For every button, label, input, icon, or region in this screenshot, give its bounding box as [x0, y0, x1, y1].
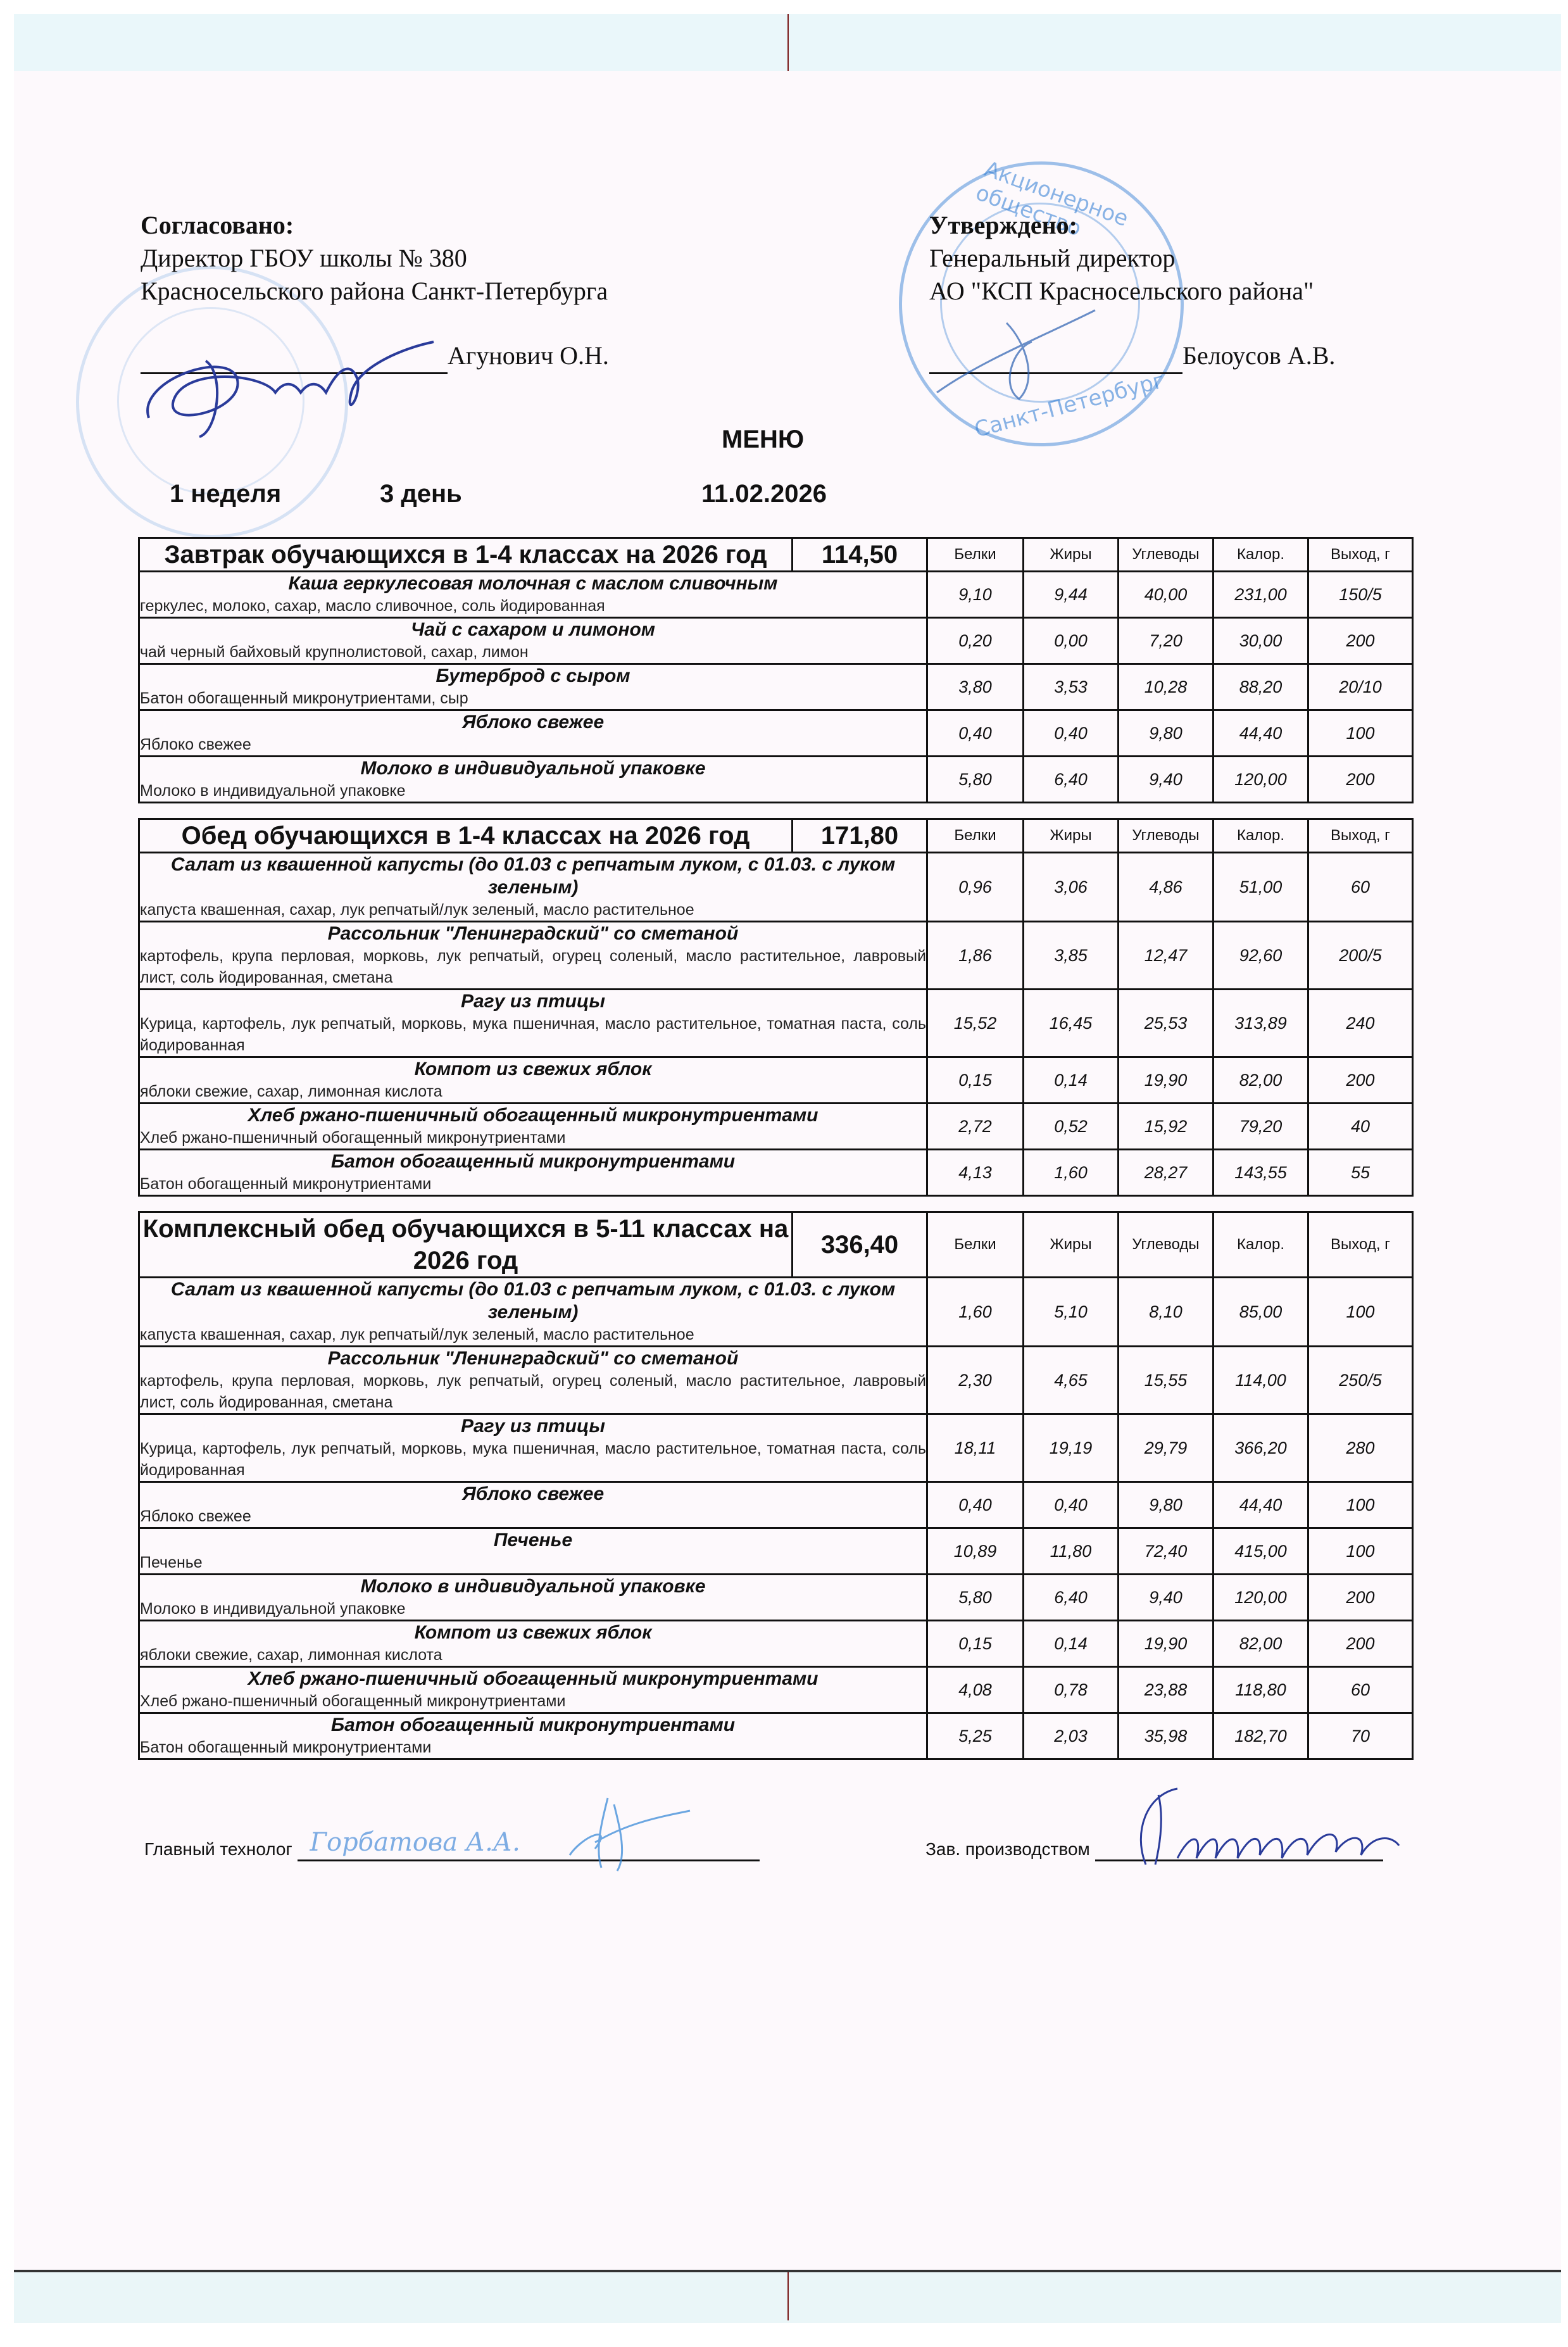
nutrition-fats: 16,45 [1024, 990, 1119, 1057]
nutrition-carbs: 15,92 [1119, 1104, 1214, 1150]
nutrition-proteins: 4,13 [927, 1150, 1024, 1196]
signature-chief-technologist [557, 1785, 696, 1874]
nutrition-kcal: 231,00 [1214, 572, 1308, 618]
nutrition-carbs: 9,80 [1119, 1482, 1214, 1528]
column-header: Углеводы [1119, 1212, 1214, 1278]
nutrition-kcal: 79,20 [1214, 1104, 1308, 1150]
nutrition-fats: 0,14 [1024, 1057, 1119, 1104]
column-header: Калор. [1214, 1212, 1308, 1278]
nutrition-kcal: 85,00 [1214, 1278, 1308, 1347]
nutrition-fats: 0,40 [1024, 710, 1119, 757]
dish-cell: Рагу из птицыКурица, картофель, лук репч… [139, 990, 927, 1057]
nutrition-proteins: 0,40 [927, 710, 1024, 757]
dish-name: Салат из квашенной капусты (до 01.03 с р… [140, 853, 926, 899]
dish-name: Каша геркулесовая молочная с маслом слив… [140, 572, 926, 595]
nutrition-kcal: 88,20 [1214, 664, 1308, 710]
dish-cell: Молоко в индивидуальной упаковкеМолоко в… [139, 757, 927, 803]
dish-ingredients: яблоки свежие, сахар, лимонная кислота [140, 1644, 926, 1666]
menu-title: МЕНЮ [722, 425, 804, 454]
dish-cell: Салат из квашенной капусты (до 01.03 с р… [139, 853, 927, 922]
approval-approved-heading: Утверждено: [929, 209, 1335, 242]
nutrition-kcal: 366,20 [1214, 1414, 1308, 1482]
nutrition-carbs: 8,10 [1119, 1278, 1214, 1347]
dish-row: Салат из квашенной капусты (до 01.03 с р… [139, 1278, 1413, 1347]
column-header: Жиры [1024, 538, 1119, 572]
column-header: Выход, г [1308, 538, 1413, 572]
nutrition-fats: 3,53 [1024, 664, 1119, 710]
dish-cell: Батон обогащенный микронутриентамиБатон … [139, 1713, 927, 1759]
nutrition-carbs: 9,40 [1119, 1575, 1214, 1621]
dish-name: Чай с сахаром и лимоном [140, 619, 926, 641]
nutrition-fats: 6,40 [1024, 757, 1119, 803]
nutrition-yield: 100 [1308, 1528, 1413, 1575]
nutrition-proteins: 4,08 [927, 1667, 1024, 1713]
nutrition-fats: 9,44 [1024, 572, 1119, 618]
nutrition-kcal: 44,40 [1214, 710, 1308, 757]
section-price: 114,50 [793, 538, 927, 572]
nutrition-yield: 100 [1308, 1482, 1413, 1528]
nutrition-yield: 40 [1308, 1104, 1413, 1150]
nutrition-kcal: 118,80 [1214, 1667, 1308, 1713]
dish-row: Компот из свежих яблокяблоки свежие, сах… [139, 1621, 1413, 1667]
menu-day: 3 день [380, 480, 462, 508]
dish-row: Батон обогащенный микронутриентамиБатон … [139, 1713, 1413, 1759]
dish-name: Молоко в индивидуальной упаковке [140, 1575, 926, 1598]
dish-ingredients: картофель, крупа перловая, морковь, лук … [140, 945, 926, 988]
nutrition-yield: 150/5 [1308, 572, 1413, 618]
nutrition-carbs: 72,40 [1119, 1528, 1214, 1575]
approval-agreed-signatory: Агунович О.Н. [448, 341, 609, 370]
column-header: Углеводы [1119, 538, 1214, 572]
approval-agreed-position: Директор ГБОУ школы № 380 [141, 242, 609, 275]
dish-cell: Чай с сахаром и лимономчай черный байхов… [139, 618, 927, 664]
menu-section-table: Комплексный обед обучающихся в 5-11 клас… [138, 1211, 1414, 1760]
signature-production-manager [1120, 1782, 1424, 1871]
dish-cell: Рассольник "Ленинградский" со сметанойка… [139, 1347, 927, 1414]
nutrition-fats: 5,10 [1024, 1278, 1119, 1347]
dish-name: Салат из квашенной капусты (до 01.03 с р… [140, 1278, 926, 1324]
dish-ingredients: Хлеб ржано-пшеничный обогащенный микрону… [140, 1690, 926, 1712]
signature-director-school [136, 323, 465, 450]
nutrition-proteins: 2,30 [927, 1347, 1024, 1414]
nutrition-proteins: 5,25 [927, 1713, 1024, 1759]
column-header: Белки [927, 819, 1024, 853]
nutrition-fats: 6,40 [1024, 1575, 1119, 1621]
signature-general-director [931, 298, 1120, 405]
dish-row: Компот из свежих яблокяблоки свежие, сах… [139, 1057, 1413, 1104]
nutrition-fats: 19,19 [1024, 1414, 1119, 1482]
nutrition-carbs: 12,47 [1119, 922, 1214, 990]
nutrition-kcal: 415,00 [1214, 1528, 1308, 1575]
dish-cell: Каша геркулесовая молочная с маслом слив… [139, 572, 927, 618]
nutrition-carbs: 35,98 [1119, 1713, 1214, 1759]
nutrition-carbs: 40,00 [1119, 572, 1214, 618]
nutrition-proteins: 2,72 [927, 1104, 1024, 1150]
dish-cell: Яблоко свежееЯблоко свежее [139, 710, 927, 757]
nutrition-kcal: 182,70 [1214, 1713, 1308, 1759]
nutrition-kcal: 114,00 [1214, 1347, 1308, 1414]
dish-row: Рассольник "Ленинградский" со сметанойка… [139, 922, 1413, 990]
dish-cell: Компот из свежих яблокяблоки свежие, сах… [139, 1621, 927, 1667]
dish-row: Рассольник "Ленинградский" со сметанойка… [139, 1347, 1413, 1414]
dish-cell: Хлеб ржано-пшеничный обогащенный микрону… [139, 1104, 927, 1150]
dish-cell: Рагу из птицыКурица, картофель, лук репч… [139, 1414, 927, 1482]
nutrition-fats: 0,00 [1024, 618, 1119, 664]
dish-ingredients: Печенье [140, 1552, 926, 1573]
column-header: Жиры [1024, 1212, 1119, 1278]
nutrition-yield: 20/10 [1308, 664, 1413, 710]
dish-row: Хлеб ржано-пшеничный обогащенный микрону… [139, 1104, 1413, 1150]
nutrition-yield: 200/5 [1308, 922, 1413, 990]
nutrition-yield: 200 [1308, 757, 1413, 803]
dish-name: Рассольник "Ленинградский" со сметаной [140, 922, 926, 945]
dish-ingredients: Батон обогащенный микронутриентами, сыр [140, 688, 926, 709]
dish-ingredients: Батон обогащенный микронутриентами [140, 1173, 926, 1195]
nutrition-yield: 250/5 [1308, 1347, 1413, 1414]
nutrition-fats: 4,65 [1024, 1347, 1119, 1414]
column-header: Белки [927, 538, 1024, 572]
dish-cell: Компот из свежих яблокяблоки свежие, сах… [139, 1057, 927, 1104]
menu-section-table: Завтрак обучающихся в 1-4 классах на 202… [138, 537, 1414, 803]
dish-ingredients: Яблоко свежее [140, 1506, 926, 1527]
nutrition-fats: 1,60 [1024, 1150, 1119, 1196]
dish-cell: Батон обогащенный микронутриентамиБатон … [139, 1150, 927, 1196]
dish-name: Батон обогащенный микронутриентами [140, 1150, 926, 1173]
nutrition-fats: 3,85 [1024, 922, 1119, 990]
production-manager-label: Зав. производством [925, 1839, 1090, 1859]
nutrition-carbs: 19,90 [1119, 1057, 1214, 1104]
dish-ingredients: капуста квашенная, сахар, лук репчатый/л… [140, 899, 926, 921]
column-header: Калор. [1214, 538, 1308, 572]
dish-ingredients: Батон обогащенный микронутриентами [140, 1737, 926, 1758]
nutrition-kcal: 143,55 [1214, 1150, 1308, 1196]
dish-name: Печенье [140, 1529, 926, 1552]
nutrition-proteins: 0,15 [927, 1057, 1024, 1104]
column-header: Белки [927, 1212, 1024, 1278]
approval-agreed-heading: Согласовано: [141, 209, 609, 242]
dish-row: Батон обогащенный микронутриентамиБатон … [139, 1150, 1413, 1196]
column-header: Выход, г [1308, 1212, 1413, 1278]
dish-row: Рагу из птицыКурица, картофель, лук репч… [139, 990, 1413, 1057]
nutrition-carbs: 15,55 [1119, 1347, 1214, 1414]
dish-name: Батон обогащенный микронутриентами [140, 1714, 926, 1737]
dish-row: Каша геркулесовая молочная с маслом слив… [139, 572, 1413, 618]
dish-row: Бутерброд с сыромБатон обогащенный микро… [139, 664, 1413, 710]
nutrition-kcal: 82,00 [1214, 1621, 1308, 1667]
dish-name: Хлеб ржано-пшеничный обогащенный микрону… [140, 1104, 926, 1127]
menu-date: 11.02.2026 [701, 480, 827, 508]
nutrition-yield: 200 [1308, 1575, 1413, 1621]
dish-name: Компот из свежих яблок [140, 1058, 926, 1081]
dish-row: Салат из квашенной капусты (до 01.03 с р… [139, 853, 1413, 922]
nutrition-carbs: 10,28 [1119, 664, 1214, 710]
approval-agreed-organization: Красносельского района Санкт-Петербурга [141, 275, 609, 308]
nutrition-yield: 100 [1308, 1278, 1413, 1347]
nutrition-fats: 0,52 [1024, 1104, 1119, 1150]
nutrition-proteins: 0,20 [927, 618, 1024, 664]
dish-cell: Рассольник "Ленинградский" со сметанойка… [139, 922, 927, 990]
nutrition-kcal: 92,60 [1214, 922, 1308, 990]
nutrition-proteins: 10,89 [927, 1528, 1024, 1575]
section-price: 171,80 [793, 819, 927, 853]
dish-row: ПеченьеПеченье10,8911,8072,40415,00100 [139, 1528, 1413, 1575]
dish-name: Рагу из птицы [140, 1415, 926, 1438]
dish-ingredients: Курица, картофель, лук репчатый, морковь… [140, 1438, 926, 1481]
nutrition-proteins: 0,96 [927, 853, 1024, 922]
nutrition-carbs: 29,79 [1119, 1414, 1214, 1482]
nutrition-carbs: 4,86 [1119, 853, 1214, 922]
dish-ingredients: яблоки свежие, сахар, лимонная кислота [140, 1081, 926, 1102]
nutrition-carbs: 7,20 [1119, 618, 1214, 664]
dish-name: Яблоко свежее [140, 711, 926, 734]
section-title: Комплексный обед обучающихся в 5-11 клас… [139, 1212, 793, 1278]
dish-row: Рагу из птицыКурица, картофель, лук репч… [139, 1414, 1413, 1482]
menu-week: 1 неделя [170, 480, 281, 508]
dish-row: Хлеб ржано-пшеничный обогащенный микрону… [139, 1667, 1413, 1713]
dish-ingredients: Курица, картофель, лук репчатый, морковь… [140, 1013, 926, 1056]
nutrition-proteins: 5,80 [927, 1575, 1024, 1621]
chief-technologist-label: Главный технолог [144, 1839, 292, 1859]
nutrition-yield: 280 [1308, 1414, 1413, 1482]
dish-ingredients: чай черный байховый крупнолистовой, саха… [140, 641, 926, 663]
nutrition-yield: 70 [1308, 1713, 1413, 1759]
dish-row: Яблоко свежееЯблоко свежее0,400,409,8044… [139, 710, 1413, 757]
nutrition-kcal: 313,89 [1214, 990, 1308, 1057]
nutrition-yield: 100 [1308, 710, 1413, 757]
dish-row: Молоко в индивидуальной упаковкеМолоко в… [139, 757, 1413, 803]
nutrition-yield: 200 [1308, 1057, 1413, 1104]
nutrition-proteins: 1,86 [927, 922, 1024, 990]
dish-cell: Яблоко свежееЯблоко свежее [139, 1482, 927, 1528]
nutrition-proteins: 9,10 [927, 572, 1024, 618]
approval-approved-signatory: Белоусов А.В. [1182, 341, 1335, 370]
dish-cell: Бутерброд с сыромБатон обогащенный микро… [139, 664, 927, 710]
nutrition-yield: 60 [1308, 1667, 1413, 1713]
nutrition-carbs: 9,40 [1119, 757, 1214, 803]
section-header-row: Обед обучающихся в 1-4 классах на 2026 г… [139, 819, 1413, 853]
nutrition-fats: 0,14 [1024, 1621, 1119, 1667]
nutrition-kcal: 120,00 [1214, 757, 1308, 803]
dish-ingredients: Хлеб ржано-пшеничный обогащенный микрону… [140, 1127, 926, 1148]
column-header: Выход, г [1308, 819, 1413, 853]
nutrition-proteins: 18,11 [927, 1414, 1024, 1482]
dish-row: Чай с сахаром и лимономчай черный байхов… [139, 618, 1413, 664]
dish-cell: ПеченьеПеченье [139, 1528, 927, 1575]
dish-name: Молоко в индивидуальной упаковке [140, 757, 926, 780]
nutrition-proteins: 3,80 [927, 664, 1024, 710]
nutrition-proteins: 0,40 [927, 1482, 1024, 1528]
nutrition-yield: 60 [1308, 853, 1413, 922]
column-header: Жиры [1024, 819, 1119, 853]
nutrition-fats: 11,80 [1024, 1528, 1119, 1575]
nutrition-kcal: 51,00 [1214, 853, 1308, 922]
nutrition-kcal: 30,00 [1214, 618, 1308, 664]
nutrition-carbs: 28,27 [1119, 1150, 1214, 1196]
dish-row: Молоко в индивидуальной упаковкеМолоко в… [139, 1575, 1413, 1621]
dish-ingredients: Яблоко свежее [140, 734, 926, 755]
nutrition-kcal: 82,00 [1214, 1057, 1308, 1104]
nutrition-proteins: 5,80 [927, 757, 1024, 803]
nutrition-yield: 55 [1308, 1150, 1413, 1196]
column-header: Углеводы [1119, 819, 1214, 853]
nutrition-yield: 240 [1308, 990, 1413, 1057]
dish-ingredients: Молоко в индивидуальной упаковке [140, 780, 926, 802]
chief-technologist-stamp-name: Горбатова А.А. [310, 1828, 520, 1857]
nutrition-fats: 0,78 [1024, 1667, 1119, 1713]
section-title: Завтрак обучающихся в 1-4 классах на 202… [139, 538, 793, 572]
dish-cell: Молоко в индивидуальной упаковкеМолоко в… [139, 1575, 927, 1621]
nutrition-carbs: 19,90 [1119, 1621, 1214, 1667]
dish-ingredients: геркулес, молоко, сахар, масло сливочное… [140, 595, 926, 617]
nutrition-fats: 3,06 [1024, 853, 1119, 922]
dish-name: Компот из свежих яблок [140, 1621, 926, 1644]
nutrition-yield: 200 [1308, 618, 1413, 664]
section-header-row: Завтрак обучающихся в 1-4 классах на 202… [139, 538, 1413, 572]
dish-name: Яблоко свежее [140, 1483, 926, 1506]
section-price: 336,40 [793, 1212, 927, 1278]
dish-name: Хлеб ржано-пшеничный обогащенный микрону… [140, 1668, 926, 1690]
nutrition-proteins: 1,60 [927, 1278, 1024, 1347]
nutrition-carbs: 9,80 [1119, 710, 1214, 757]
dish-ingredients: Молоко в индивидуальной упаковке [140, 1598, 926, 1620]
dish-name: Рассольник "Ленинградский" со сметаной [140, 1347, 926, 1370]
nutrition-kcal: 120,00 [1214, 1575, 1308, 1621]
section-header-row: Комплексный обед обучающихся в 5-11 клас… [139, 1212, 1413, 1278]
dish-ingredients: картофель, крупа перловая, морковь, лук … [140, 1370, 926, 1413]
dish-name: Рагу из птицы [140, 990, 926, 1013]
nutrition-proteins: 15,52 [927, 990, 1024, 1057]
nutrition-yield: 200 [1308, 1621, 1413, 1667]
nutrition-carbs: 23,88 [1119, 1667, 1214, 1713]
menu-section-table: Обед обучающихся в 1-4 классах на 2026 г… [138, 818, 1414, 1197]
dish-name: Бутерброд с сыром [140, 665, 926, 688]
dish-row: Яблоко свежееЯблоко свежее0,400,409,8044… [139, 1482, 1413, 1528]
nutrition-fats: 2,03 [1024, 1713, 1119, 1759]
dish-cell: Хлеб ржано-пшеничный обогащенный микрону… [139, 1667, 927, 1713]
nutrition-carbs: 25,53 [1119, 990, 1214, 1057]
approval-approved-position: Генеральный директор [929, 242, 1335, 275]
section-title: Обед обучающихся в 1-4 классах на 2026 г… [139, 819, 793, 853]
column-header: Калор. [1214, 819, 1308, 853]
scan-fold-line [787, 14, 789, 71]
nutrition-proteins: 0,15 [927, 1621, 1024, 1667]
dish-cell: Салат из квашенной капусты (до 01.03 с р… [139, 1278, 927, 1347]
nutrition-kcal: 44,40 [1214, 1482, 1308, 1528]
dish-ingredients: капуста квашенная, сахар, лук репчатый/л… [140, 1324, 926, 1345]
nutrition-fats: 0,40 [1024, 1482, 1119, 1528]
scan-fold-line-bottom [787, 2272, 789, 2320]
